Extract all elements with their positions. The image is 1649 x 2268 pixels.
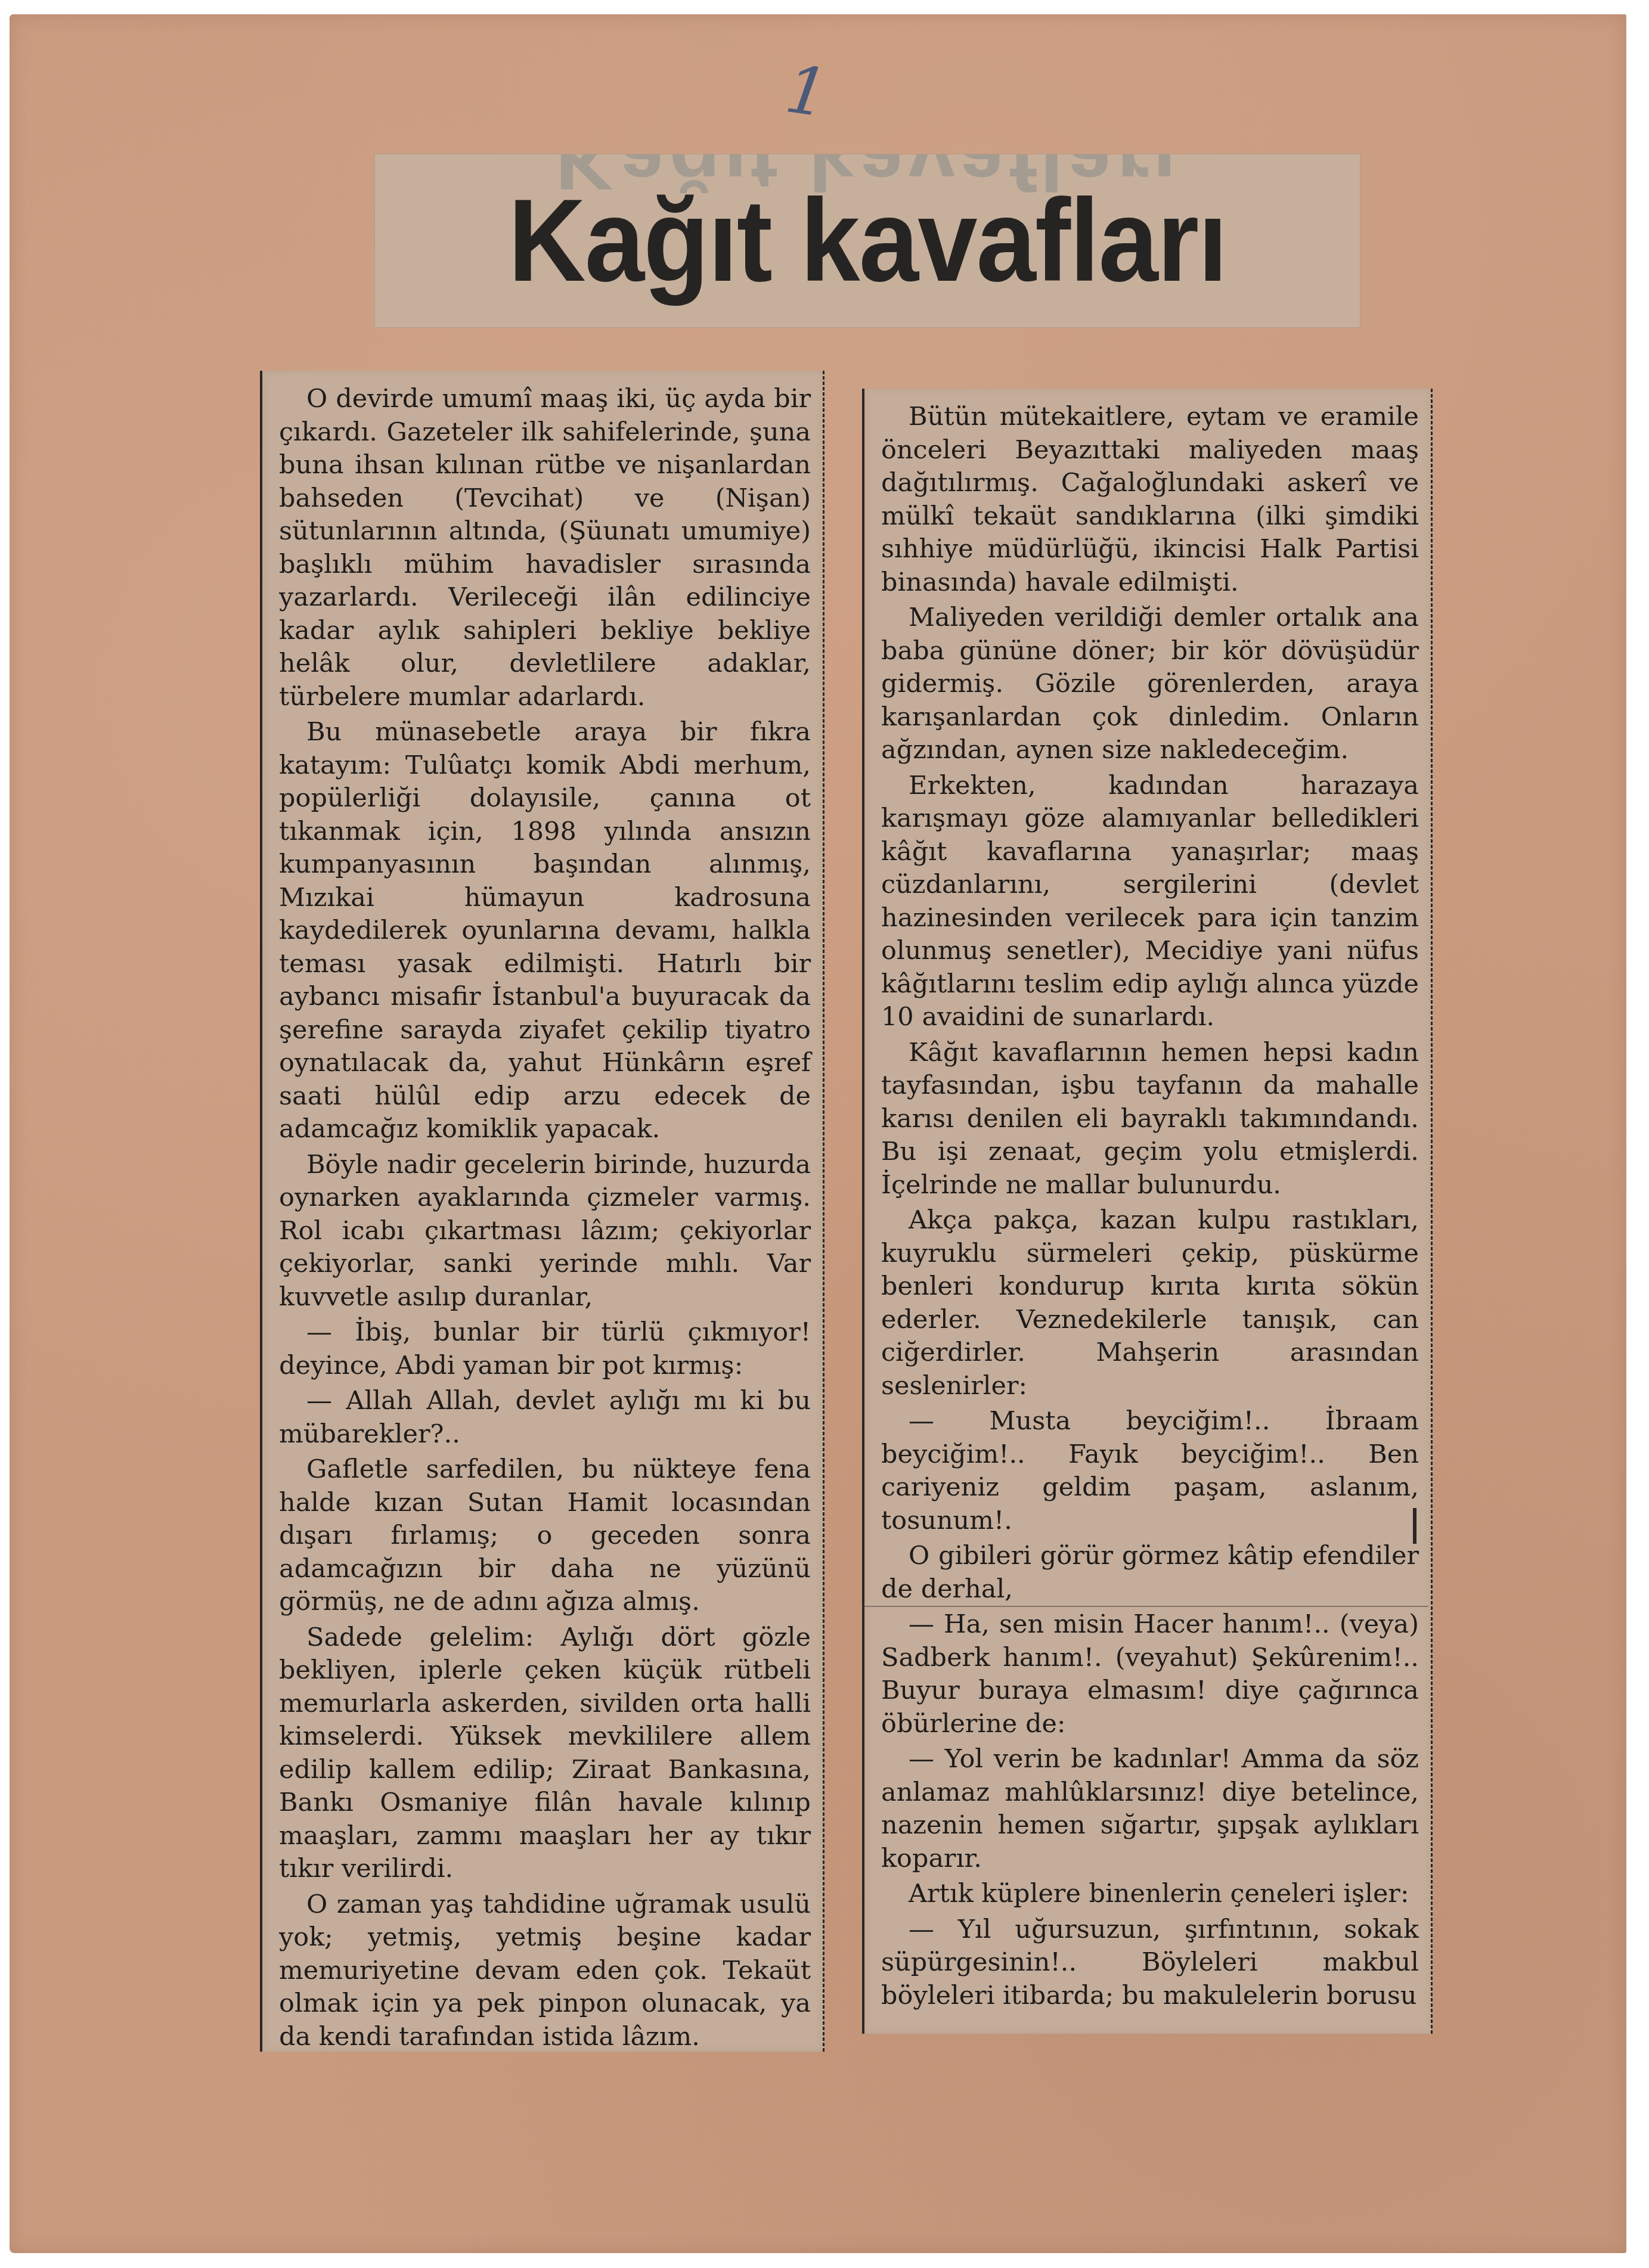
- dialogue-line: — Yol verin be kadınlar! Amma da söz anl…: [881, 1743, 1419, 1875]
- paragraph: Akça pakça, kazan kulpu rastıkları, kuyr…: [881, 1204, 1419, 1403]
- paragraph: Böyle nadir gecelerin birinde, huzurda o…: [279, 1149, 811, 1314]
- paragraph: Maliyeden verildiği demler ortalık ana b…: [881, 601, 1419, 767]
- clipping-join-line: [862, 1606, 1428, 1607]
- dialogue-line: — İbiş, bunlar bir türlü çıkmıyor! deyin…: [279, 1316, 811, 1382]
- dialogue-line: — Musta beyciğim!.. İbraam beyciğim!.. F…: [881, 1405, 1419, 1537]
- paragraph: Sadede gelelim: Aylığı dört gözle bekliy…: [279, 1621, 811, 1886]
- paragraph: Kâğıt kavaflarının hemen hepsi kadın tay…: [881, 1037, 1419, 1202]
- left-column-text: O devirde umumî maaş iki, üç ayda bir çı…: [279, 383, 811, 2056]
- dialogue-line: — Yıl uğursuzun, şırfıntının, sokak süpü…: [881, 1913, 1419, 2013]
- paragraph: Bütün mütekaitlere, eytam ve eramile önc…: [881, 401, 1419, 599]
- paragraph: Bu münasebetle araya bir fıkra katayım: …: [279, 716, 811, 1146]
- headline-clipping: Kağıt kavafları Kağıt kavafları: [374, 154, 1360, 328]
- paragraph: O zaman yaş tahdidine uğramak usulü yok;…: [279, 1888, 811, 2054]
- right-column-clipping: Bütün mütekaitlere, eytam ve eramile önc…: [862, 389, 1433, 2034]
- paragraph: Erkekten, kadından harazaya karışmayı gö…: [881, 770, 1419, 1034]
- paragraph: Artık küplere binenlerin çeneleri işler:: [881, 1878, 1419, 1911]
- ink-margin-mark: [1413, 1508, 1416, 1544]
- paragraph: O gibileri görür görmez kâtip efendiler …: [881, 1540, 1419, 1606]
- paragraph: Gafletle sarfedilen, bu nükteye fena hal…: [279, 1453, 811, 1619]
- dialogue-line: — Ha, sen misin Hacer hanım!.. (veya) Sa…: [881, 1608, 1419, 1740]
- left-column-clipping: O devirde umumî maaş iki, üç ayda bir çı…: [260, 371, 824, 2052]
- right-column-text: Bütün mütekaitlere, eytam ve eramile önc…: [881, 401, 1419, 2015]
- dialogue-line: — Allah Allah, devlet aylığı mı ki bu mü…: [279, 1385, 811, 1451]
- paragraph: O devirde umumî maaş iki, üç ayda bir çı…: [279, 383, 811, 713]
- article-headline: Kağıt kavafları: [425, 172, 1309, 309]
